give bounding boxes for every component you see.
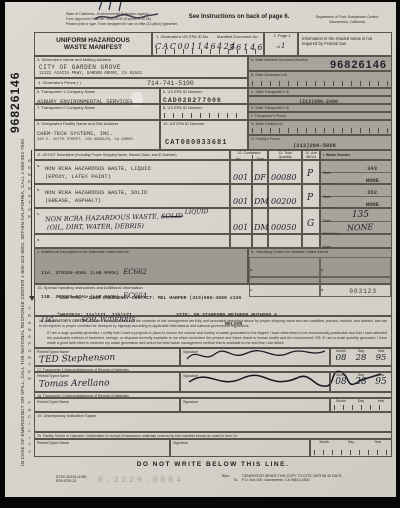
epa-id-cell: 1. Generator's US EPA ID No. Manifest Do…: [152, 32, 264, 56]
containers-header: 12. Containers No. Type: [230, 150, 268, 160]
facility-address-cell: 9. Designated Facility Name and Site Add…: [34, 120, 160, 150]
printed-name-label: Printed/Typed Name: [35, 440, 169, 445]
value: 001: [233, 173, 248, 182]
state-transporter1-id-cell: C. State Transporter's ID: [248, 88, 392, 96]
transporter-section-label: TRANSPORTER: [27, 306, 31, 394]
row-letter: b.: [37, 187, 40, 192]
state-transporter2-id-cell: E. State Transporter's ID: [248, 104, 392, 112]
field10-label: 10. US EPA ID Number: [161, 121, 247, 127]
generator-date-day: 28: [351, 353, 371, 363]
item-row-d-desc: d.: [34, 234, 230, 248]
ink-scribble: [92, 11, 164, 23]
handling-codes-cell: K. Handling Codes for Wastes Listed Abov…: [248, 248, 392, 284]
copy-distribution-note: Blue: GENERATOR SENDS THIS COPY TO DTSC …: [222, 474, 382, 482]
value: 00200: [271, 197, 296, 206]
item-b-desc2: (GREASE, ASPHALT): [45, 197, 229, 204]
year-label: Year: [364, 440, 391, 444]
K-cell-a: a.: [250, 267, 253, 272]
page-label: 2. Page 1: [265, 33, 297, 39]
items-desc-header: 11. US DOT Description (Including Proper…: [34, 150, 230, 160]
item-a-unit: P: [302, 160, 320, 184]
federal-note-text: Information in the shaded areas is not r…: [299, 33, 391, 46]
item-row-a-desc: a. NON RCRA HAZARDOUS WASTE, LIQUID (EPO…: [34, 160, 230, 184]
tick-marks: [252, 81, 388, 86]
year-label: Year: [371, 399, 391, 403]
transporter1-printed-name: Tomas Arellano: [39, 378, 110, 389]
epa-code: NONE: [366, 177, 379, 184]
transporter2-printed-name-cell: Printed/Typed Name: [34, 398, 180, 412]
discrepancy-cell: 19. Discrepancy Indication Space: [34, 412, 392, 432]
special-line1: *USE PPE, *24HR EMERGENCY CONTACT: MEL H…: [57, 296, 391, 301]
value: 001: [233, 223, 248, 232]
col14-label: 14. Unit Wt/Vol: [303, 151, 319, 159]
generator-name: CITY OF GARDEN GROVE: [39, 64, 247, 71]
fieldB-label: B. State Generator's ID: [249, 72, 391, 77]
additional-descriptions-cell: J. Additional Descriptions for Materials…: [34, 248, 248, 284]
printed-name-label: Printed/Typed Name: [35, 373, 179, 378]
transporter1-phone-cell: D. Transporter's Phone (213)086-2400: [248, 96, 392, 104]
col12-label: 12. Containers: [231, 151, 267, 155]
value: DM: [254, 223, 269, 232]
item-a-desc1: NON RCRA HAZARDOUS WASTE, LIQUID: [45, 165, 229, 172]
dept-line2: Sacramento, California: [303, 19, 389, 24]
item-d-waste-number: State: [320, 234, 392, 248]
copy-line2: P.O. Box 400, Sacramento, CA 95812-0400: [242, 478, 382, 482]
form-code-epa: EPA 8700-22: [56, 479, 87, 483]
day-label: Day: [338, 440, 365, 444]
item-c-type: DM: [252, 208, 268, 234]
see-instructions-note: See Instructions on back of page 6.: [176, 14, 302, 20]
transporter1-date-cell: Month Day Year 08 28 95: [330, 372, 392, 392]
printed-name-label: Printed/Typed Name: [35, 399, 179, 404]
facility-address: 320 E. 157TH STREET, LOS ANGELES, CA 900…: [37, 138, 159, 142]
stamp-number: 003123: [349, 288, 377, 295]
facility-signature-cell: Signature: [170, 439, 310, 457]
item-row-b-desc: b. NON RCRA HAZARDOUS WASTE, SOLID (GREA…: [34, 184, 230, 208]
facility-name: CHEM-TECH SYSTEMS, INC.: [37, 130, 159, 137]
item-d-no: [230, 234, 252, 248]
K-cell-b: b.: [321, 267, 324, 272]
page-of-label: of: [277, 44, 280, 49]
faint-stamp-number: 0.2229.0004: [98, 476, 184, 485]
generator-printed-name: TED Stephenson: [39, 353, 116, 366]
special-handling-cell: 15. Special Handling Instructions and Ad…: [34, 284, 392, 316]
form-title-line1: UNIFORM HAZARDOUS: [35, 37, 151, 44]
item-b-type: DM: [252, 184, 268, 208]
transporter1-name-cell: 5. Transporter 1 Company Name ASBURY ENV…: [34, 88, 160, 104]
tick-marks: [252, 128, 388, 133]
item-c-waste-number: State 135 EPA/Other NONE: [320, 208, 392, 234]
field1-label: 1. Generator's US EPA ID No.: [154, 34, 209, 40]
facility-date-cell: Month Day Year: [310, 439, 392, 457]
day-label: Day: [351, 399, 371, 403]
transporter1-date-day: 28: [351, 377, 371, 387]
transporter2-date-cell: Month Day Year: [330, 398, 392, 412]
fieldE-label: E. State Transporter's ID: [249, 105, 391, 110]
copy-to-label: To:: [222, 478, 242, 482]
vertical-manifest-number: 96826146: [8, 72, 22, 133]
value: 001: [233, 197, 248, 206]
fieldF-label: F. Transporter's Phone: [249, 113, 391, 118]
quantity-header: 13. Total Quantity: [268, 150, 302, 160]
tick-marks: [164, 113, 244, 118]
epa-code: NONE: [366, 201, 379, 208]
facility-printed-name-cell: Printed/Typed Name: [34, 439, 170, 457]
page-cell: 2. Page 1 of 1: [264, 32, 298, 56]
form-title-line2: WASTE MANIFEST: [35, 44, 151, 51]
fieldG-label: G. State Facility's ID: [249, 121, 391, 126]
month-label: Month: [331, 399, 351, 403]
item-d-type: [252, 234, 268, 248]
federal-note-cell: Information in the shaded areas is not r…: [298, 32, 392, 56]
item-c-unit: G: [302, 208, 320, 234]
unit-header: 14. Unit Wt/Vol: [302, 150, 320, 160]
section18-label: 18. Transporter 2 Acknowledgement of Rec…: [35, 393, 391, 398]
item-a-qty: 00080: [268, 160, 302, 184]
generator-date-cell: Month Day Year 08 28 95: [330, 348, 392, 366]
tick-marks: [314, 450, 388, 455]
form-title-cell: UNIFORM HAZARDOUS WASTE MANIFEST: [34, 32, 152, 56]
transporter2-signature-cell: Signature: [180, 398, 330, 412]
form-codes: DTSC 8022A (1/95) EPA 8700-22: [56, 475, 87, 483]
field6-label: 6. US EPA ID Number: [161, 89, 247, 95]
transporter2-name-cell: 7. Transporter 2 Company Name: [34, 104, 160, 120]
field7-label: 7. Transporter 2 Company Name: [35, 105, 159, 111]
state-code: 343: [367, 165, 377, 172]
field5-label: 5. Transporter 1 Company Name: [35, 89, 159, 95]
facility-section-label: FACILITY: [27, 400, 31, 456]
generator-printed-name-cell: Printed/Typed Name TED Stephenson: [34, 348, 180, 366]
tick-marks: [156, 49, 260, 54]
transporter1-epa-cell: 6. US EPA ID Number CAD028277006: [160, 88, 248, 104]
transporter1-date-year: 95: [371, 377, 391, 387]
generator-signature-cell: Signature: [180, 348, 330, 366]
facility-phone: (213)266-5056: [293, 142, 336, 149]
generator-phone-value: 714-741-5100: [147, 80, 194, 87]
row-letter: a.: [37, 163, 40, 168]
epa-code: NONE: [346, 222, 373, 232]
J-line1-typed: 11A. 270326-03AL (LAB PACK): [41, 271, 119, 276]
row-letter: c.: [37, 211, 40, 216]
transporter1-date-month: 08: [331, 377, 351, 387]
transporter1-epa-id: CAD028277006: [163, 97, 247, 104]
item-a-type: DF: [252, 160, 268, 184]
page-of-value: 1: [281, 42, 285, 50]
colI-label: I. Waste Number: [321, 151, 391, 157]
section19-label: 19. Discrepancy Indication Space: [35, 413, 391, 419]
section15-label: 15. Special Handling Instructions and Ad…: [35, 285, 391, 291]
transporter1-printed-name-cell: Printed/Typed Name Tomas Arellano: [34, 372, 180, 392]
field8-label: 8. US EPA ID Number: [161, 105, 247, 111]
item-b-waste-number: State 352 EPA/Other NONE: [320, 184, 392, 208]
J-line1-hand: EC662: [123, 268, 147, 276]
manifest-doc-label: Manifest Document No.: [215, 34, 259, 40]
item-b-qty: 00200: [268, 184, 302, 208]
waste-number-header: I. Waste Number: [320, 150, 392, 160]
item-b-no: 001: [230, 184, 252, 208]
value: 00080: [271, 173, 296, 182]
value: G: [307, 219, 314, 229]
item-c-inserted-word: LIQUID: [185, 208, 209, 216]
value: 00050: [271, 223, 296, 232]
generator-address: 11222 ACACIA PKWY, GARDEN GROVE, CA 9264…: [39, 72, 247, 76]
item-row-c-desc: c. NON RCRA HAZARDOUS WASTE, SOLID LIQUI…: [34, 208, 230, 234]
item-b-desc1: NON RCRA HAZARDOUS WASTE, SOLID: [45, 189, 229, 196]
state-code: 135: [352, 210, 369, 220]
value: P: [307, 193, 313, 203]
fieldH-label: H. Facility's Phone: [249, 136, 391, 141]
generator-address-cell: 3. Generator's Name and Mailing Address …: [34, 56, 248, 78]
state-facility-id-cell: G. State Facility's ID: [248, 120, 392, 135]
item-b-unit: P: [302, 184, 320, 208]
field9-label: 9. Designated Facility Name and Site Add…: [35, 121, 159, 127]
item-c-qty: 00050: [268, 208, 302, 234]
tick-marks: [334, 405, 388, 410]
state-manifest-number-cell: A. State Manifest Document Number 968261…: [248, 56, 392, 71]
value: DM: [254, 197, 269, 206]
item-d-qty: [268, 234, 302, 248]
item-c-no: 001: [230, 208, 252, 234]
item-d-unit: [302, 234, 320, 248]
section20-label: 20. Facility Owner or Operator: Certific…: [35, 433, 391, 438]
do-not-write-line: DO NOT WRITE BELOW THIS LINE.: [34, 461, 392, 468]
signature-label: Signature: [171, 440, 309, 445]
signature-label: Signature: [181, 399, 329, 404]
facility-epa-id: CAT080033681: [165, 139, 227, 147]
item-a-no: 001: [230, 160, 252, 184]
transporter2-epa-cell: 8. US EPA ID Number: [160, 104, 248, 120]
col11-label: 11. US DOT Description (Including Proper…: [35, 151, 229, 157]
transporter2-phone-cell: F. Transporter's Phone: [248, 112, 392, 120]
item-a-waste-number: State 343 EPA/Other NONE: [320, 160, 392, 184]
month-label: Month: [311, 440, 338, 444]
scanned-manifest-page: State of California—Environmental Protec…: [0, 0, 400, 508]
generator-section-label: GENERATOR: [27, 158, 31, 288]
section16-label: 16. GENERATOR'S CERTIFICATION:: [39, 319, 101, 323]
value: DF: [254, 173, 266, 182]
state-manifest-number: 96826146: [330, 59, 387, 71]
section20-header: 20. Facility Owner or Operator: Certific…: [34, 432, 392, 439]
state-code: 352: [367, 189, 377, 196]
dept-line1: Department of Toxic Substances Control: [303, 14, 389, 19]
department-header: Department of Toxic Substances Control S…: [303, 14, 389, 24]
field3-label: 3. Generator's Name and Mailing Address: [35, 57, 247, 63]
generator-phone-cell: 4. Generator's Phone ( ) 714-741-5100: [34, 78, 248, 88]
facility-phone-cell: H. Facility's Phone (213)266-5056: [248, 135, 392, 150]
generator-date-year: 95: [371, 353, 391, 363]
emergency-phone-text: IN CASE OF EMERGENCY OR SPILL, CALL THE …: [20, 139, 25, 466]
sectionK-label: K. Handling Codes for Wastes Listed Abov…: [249, 249, 391, 255]
facility-epa-cell: 10. US EPA ID Number CAT080033681: [160, 120, 248, 150]
state-generator-id-cell: B. State Generator's ID: [248, 71, 392, 88]
generator-date-month: 08: [331, 353, 351, 363]
item-a-desc2: (EPOXY, LATEX PAINT): [45, 173, 229, 180]
fieldC-label: C. State Transporter's ID: [249, 89, 391, 94]
col13-label: 13. Total Quantity: [269, 151, 301, 159]
generator-signature-scrawl: [183, 341, 329, 367]
item-c-struck-word: SOLID: [161, 212, 183, 221]
value: P: [307, 169, 313, 179]
sectionJ-label: J. Additional Descriptions for Materials…: [35, 249, 247, 255]
row-letter: d.: [37, 237, 40, 242]
field4-label: 4. Generator's Phone ( ): [36, 80, 81, 86]
